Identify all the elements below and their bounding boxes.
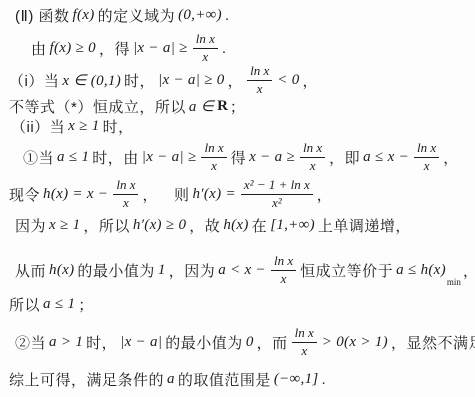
solution-line-11: ②当 a > 1 时， |x − a| 的最小值为 0 ，而 ln x x > …	[6, 324, 469, 360]
text-segment: 的定义域为	[97, 5, 177, 26]
math-segment: |x − a| ≥ 0	[156, 72, 227, 89]
text-segment: .	[224, 7, 231, 24]
text-segment: ，故	[188, 215, 221, 236]
text-segment: ，因为	[168, 260, 217, 281]
text-segment: 上单调递增，	[317, 215, 412, 236]
math-segment: a < x −	[216, 262, 268, 279]
fraction-numerator: ln x	[271, 254, 296, 271]
math-segment: a ≤ 1	[41, 296, 77, 313]
fraction-denominator: x	[424, 158, 430, 174]
fraction-numerator: ln x	[201, 141, 226, 158]
math-segment: a	[165, 371, 177, 388]
math-segment: a ∈	[187, 97, 216, 116]
text-segment: ，	[462, 260, 475, 281]
text-segment: 从而	[14, 260, 47, 281]
fraction-denominator: x	[310, 158, 316, 174]
math-segment: a ≤ 1	[55, 149, 91, 166]
text-segment: ，而	[256, 332, 289, 353]
math-segment: (0,+∞)	[176, 7, 224, 24]
min-subscript: min	[447, 277, 461, 287]
fraction-numerator: x² − 1 + ln x	[241, 178, 313, 195]
text-segment: ①当	[22, 147, 55, 168]
text-segment: .	[221, 40, 228, 57]
text-segment: (Ⅱ) 函数	[14, 5, 71, 26]
math-segment: < 0	[275, 72, 301, 89]
math-solution-document: (Ⅱ) 函数 f(x) 的定义域为 (0,+∞) . 由 f(x) ≥ 0 ，得…	[0, 0, 475, 397]
text-segment: 综上可得，满足条件的	[8, 369, 165, 390]
text-segment: ，所以	[82, 215, 131, 236]
solution-line-8: 因为 x ≥ 1 ，所以 h′(x) ≥ 0 ，故 h(x) 在 [1,+∞) …	[6, 214, 469, 236]
text-segment: 则	[173, 184, 191, 205]
solution-line-4: 不等式（*）恒成立，所以 a ∈ R ；	[6, 96, 469, 116]
math-segment: h(x)	[47, 262, 76, 279]
text-segment: ②当	[14, 332, 47, 353]
text-segment: ，得	[98, 38, 131, 59]
fraction-numerator: ln x	[247, 64, 272, 81]
text-segment: 由	[30, 38, 48, 59]
text-segment: ，	[316, 184, 334, 205]
text-segment: 时，	[102, 116, 135, 137]
math-segment: x ∈ (0,1)	[60, 71, 123, 90]
math-segment: f(x) ≥ 0	[48, 40, 98, 57]
text-segment: ，	[302, 70, 320, 91]
math-segment: [1,+∞)	[268, 217, 317, 234]
text-segment: ；	[229, 96, 247, 117]
fraction-denominator: x	[301, 343, 307, 359]
solution-line-9: 从而 h(x) 的最小值为 1 ，因为 a < x − ln x x 恒成立等价…	[6, 252, 469, 288]
text-segment: 恒成立等价于	[299, 260, 394, 281]
solution-line-12: 综上可得，满足条件的 a 的取值范围是 (−∞,1] .	[6, 368, 469, 390]
math-segment: h′(x) =	[191, 186, 238, 203]
fraction-denominator: x²	[272, 195, 282, 211]
fraction-numerator: ln x	[414, 141, 439, 158]
text-segment: ，即	[328, 147, 361, 168]
fraction-lnx-over-x: ln x x	[414, 141, 439, 174]
fraction-lnx-over-x: ln x x	[193, 32, 218, 65]
fraction-denominator: x	[257, 81, 263, 97]
math-segment: a ≤ x −	[361, 149, 411, 166]
text-segment: 在	[251, 215, 269, 236]
solution-line-7: 现令 h(x) = x − ln x x ， 则 h′(x) = x² − 1 …	[6, 174, 469, 214]
real-number-set-symbol: R	[216, 98, 229, 115]
math-segment: x ≥ 1	[47, 217, 82, 234]
text-segment: 的最小值为	[164, 332, 244, 353]
text-segment: 时，	[85, 332, 118, 353]
text-segment: 的最小值为	[76, 260, 156, 281]
fraction-hprime: x² − 1 + ln x x²	[241, 178, 313, 211]
text-segment: 所以	[8, 294, 41, 315]
math-segment: f(x)	[71, 7, 97, 24]
text-segment: （i）当	[8, 70, 60, 91]
fraction-lnx-over-x: ln x x	[247, 64, 272, 97]
math-segment: |x − a|	[118, 334, 164, 351]
solution-line-6: ①当 a ≤ 1 时，由 |x − a| ≥ ln x x 得 x − a ≥ …	[6, 140, 469, 174]
text-segment: ，	[141, 184, 159, 205]
fraction-lnx-over-x: ln x x	[201, 141, 226, 174]
math-segment: |x − a| ≥	[131, 40, 190, 57]
fraction-numerator: ln x	[292, 326, 317, 343]
fraction-numerator: ln x	[113, 178, 138, 195]
math-segment: 0	[244, 334, 256, 351]
text-segment: 时，	[123, 70, 156, 91]
text-segment: 现令	[8, 184, 41, 205]
math-segment: h(x)	[221, 217, 250, 234]
text-segment: （ii）当	[10, 116, 66, 137]
math-segment: 1	[156, 262, 168, 279]
fraction-numerator: ln x	[193, 32, 218, 49]
text-segment: ；	[77, 294, 95, 315]
fraction-lnx-over-x: ln x x	[292, 326, 317, 359]
fraction-denominator: x	[123, 195, 129, 211]
solution-line-2: 由 f(x) ≥ 0 ，得 |x − a| ≥ ln x x .	[6, 32, 469, 64]
math-segment: > 0(x > 1)	[320, 334, 390, 351]
math-segment: x ≥ 1	[66, 118, 101, 135]
text-segment: 因为	[14, 215, 47, 236]
text-segment: 时，由	[91, 147, 140, 168]
math-segment: a > 1	[47, 334, 85, 351]
math-segment: h′(x) ≥ 0	[131, 217, 188, 234]
solution-line-3: （i）当 x ∈ (0,1) 时， |x − a| ≥ 0 ， ln x x <…	[6, 64, 469, 96]
text-segment: 的取值范围是	[177, 369, 272, 390]
math-segment: (−∞,1]	[272, 371, 321, 388]
solution-line-5: （ii）当 x ≥ 1 时，	[6, 116, 469, 136]
fraction-numerator: ln x	[300, 141, 325, 158]
math-segment: a ≤ h(x)	[394, 262, 448, 279]
solution-line-10: 所以 a ≤ 1 ；	[6, 294, 469, 314]
fraction-denominator: x	[211, 158, 217, 174]
text-segment: ，	[442, 147, 460, 168]
text-segment: ，	[227, 70, 245, 91]
text-segment: 不等式（*）恒成立，所以	[8, 96, 187, 117]
text-segment: ，显然不满足题意	[390, 332, 475, 353]
math-segment: x − a ≥	[247, 149, 297, 166]
fraction-lnx-over-x: ln x x	[271, 254, 296, 287]
text-segment: 得	[230, 147, 248, 168]
math-segment: |x − a| ≥	[140, 149, 199, 166]
fraction-lnx-over-x: ln x x	[300, 141, 325, 174]
fraction-denominator: x	[281, 271, 287, 287]
fraction-lnx-over-x: ln x x	[113, 178, 138, 211]
fraction-denominator: x	[202, 49, 208, 65]
math-segment: h(x) = x −	[41, 186, 110, 203]
text-segment: .	[321, 371, 328, 388]
solution-line-1: (Ⅱ) 函数 f(x) 的定义域为 (0,+∞) .	[6, 4, 469, 26]
